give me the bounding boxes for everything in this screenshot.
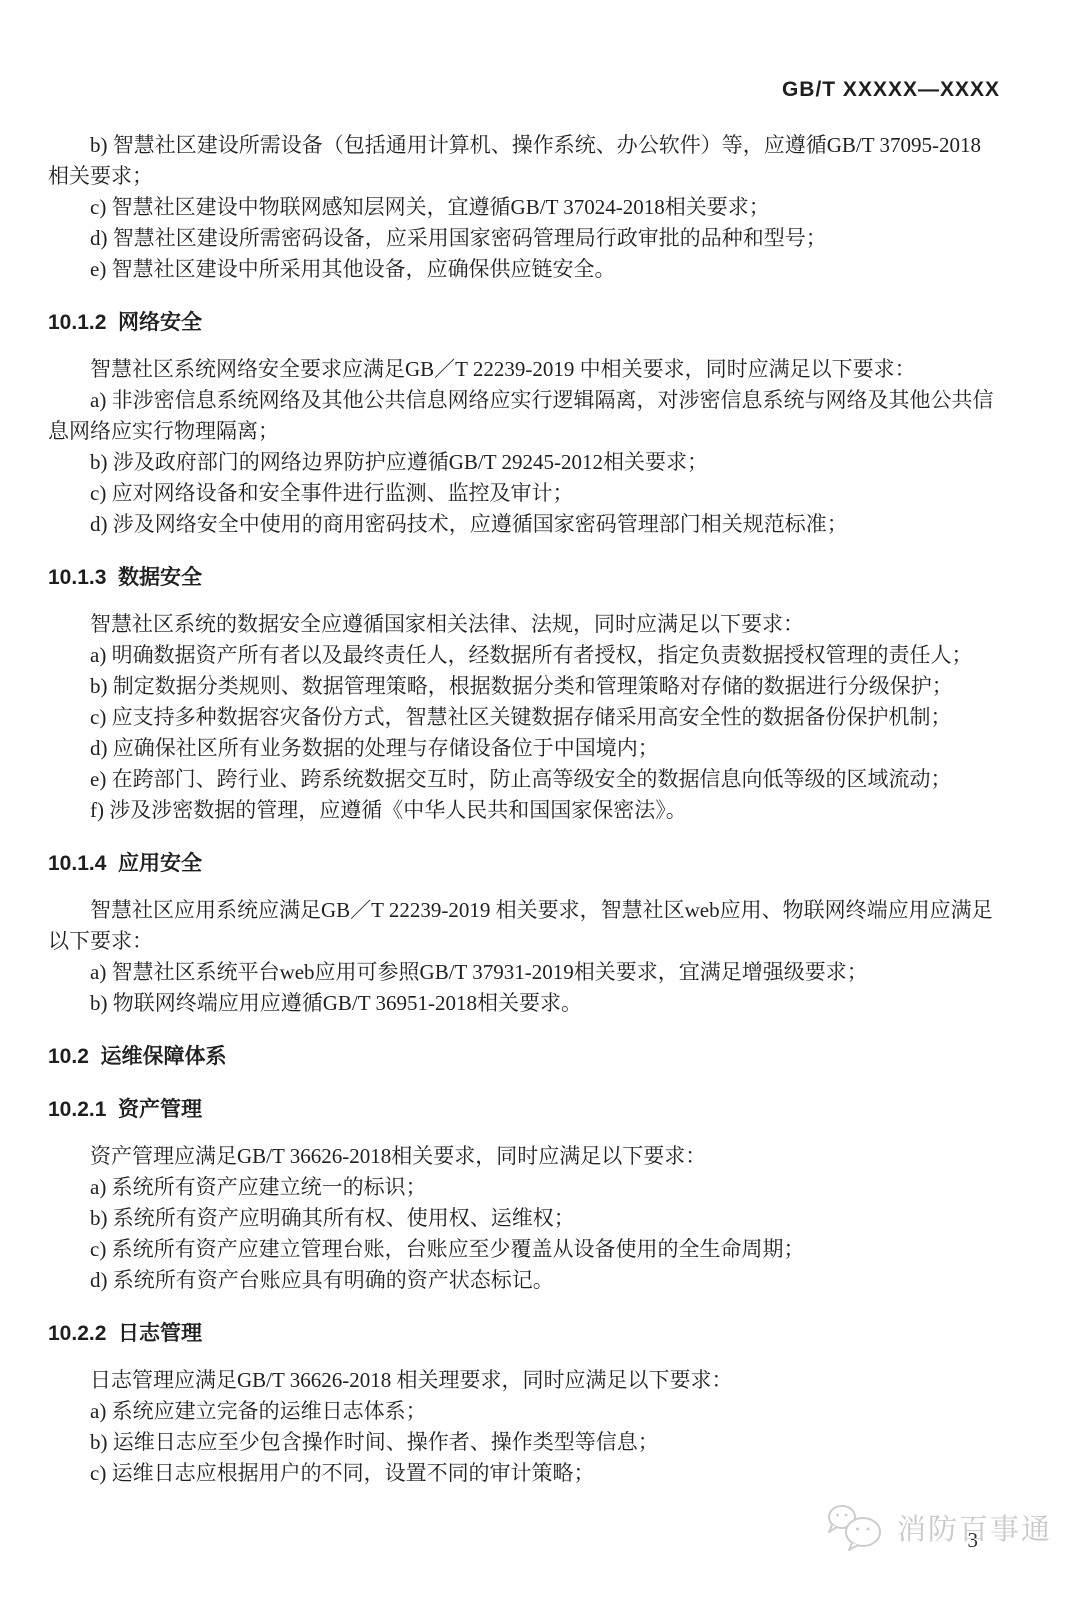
section-heading: 10.1.4 应用安全 xyxy=(48,848,1000,879)
clause-item: d) 应确保社区所有业务数据的处理与存储设备位于中国境内； xyxy=(48,733,1000,764)
clause-item: c) 智慧社区建设中物联网感知层网关，宜遵循GB/T 37024-2018相关要… xyxy=(48,192,1000,223)
section-heading: 10.1.3 数据安全 xyxy=(48,562,1000,593)
section-heading: 10.1.2 网络安全 xyxy=(48,307,1000,338)
paragraph: 日志管理应满足GB/T 36626-2018 相关理要求，同时应满足以下要求： xyxy=(48,1365,1000,1396)
clause-item: d) 系统所有资产台账应具有明确的资产状态标记。 xyxy=(48,1265,1000,1296)
paragraph: 智慧社区应用系统应满足GB／T 22239-2019 相关要求，智慧社区web应… xyxy=(48,895,1000,957)
clause-item: b) 智慧社区建设所需设备（包括通用计算机、操作系统、办公软件）等，应遵循GB/… xyxy=(48,130,1000,192)
paragraph: 资产管理应满足GB/T 36626-2018相关要求，同时应满足以下要求： xyxy=(48,1141,1000,1172)
section-heading: 10.2.2 日志管理 xyxy=(48,1318,1000,1349)
clause-item: a) 明确数据资产所有者以及最终责任人，经数据所有者授权，指定负责数据授权管理的… xyxy=(48,640,1000,671)
clause-item: d) 智慧社区建设所需密码设备，应采用国家密码管理局行政审批的品种和型号； xyxy=(48,223,1000,254)
watermark-label: 消防百事通 xyxy=(897,1507,1052,1548)
wechat-icon xyxy=(825,1502,887,1552)
paragraph: 智慧社区系统的数据安全应遵循国家相关法律、法规，同时应满足以下要求： xyxy=(48,609,1000,640)
section-heading: 10.2.1 资产管理 xyxy=(48,1094,1000,1125)
document-body: b) 智慧社区建设所需设备（包括通用计算机、操作系统、办公软件）等，应遵循GB/… xyxy=(0,130,1080,1489)
clause-item: c) 运维日志应根据用户的不同，设置不同的审计策略； xyxy=(48,1458,1000,1489)
clause-item: b) 涉及政府部门的网络边界防护应遵循GB/T 29245-2012相关要求； xyxy=(48,447,1000,478)
clause-item: c) 系统所有资产应建立管理台账，台账应至少覆盖从设备使用的全生命周期； xyxy=(48,1234,1000,1265)
clause-item: a) 非涉密信息系统网络及其他公共信息网络应实行逻辑隔离，对涉密信息系统与网络及… xyxy=(48,385,1000,447)
clause-item: b) 运维日志应至少包含操作时间、操作者、操作类型等信息； xyxy=(48,1427,1000,1458)
clause-item: c) 应支持多种数据容灾备份方式，智慧社区关键数据存储采用高安全性的数据备份保护… xyxy=(48,702,1000,733)
clause-item: a) 智慧社区系统平台web应用可参照GB/T 37931-2019相关要求，宜… xyxy=(48,957,1000,988)
clause-item: d) 涉及网络安全中使用的商用密码技术，应遵循国家密码管理部门相关规范标准； xyxy=(48,509,1000,540)
clause-item: f) 涉及涉密数据的管理，应遵循《中华人民共和国国家保密法》。 xyxy=(48,795,1000,826)
clause-item: e) 在跨部门、跨行业、跨系统数据交互时，防止高等级安全的数据信息向低等级的区域… xyxy=(48,764,1000,795)
clause-item: e) 智慧社区建设中所采用其他设备，应确保供应链安全。 xyxy=(48,254,1000,285)
clause-item: c) 应对网络设备和安全事件进行监测、监控及审计； xyxy=(48,478,1000,509)
clause-item: a) 系统所有资产应建立统一的标识； xyxy=(48,1172,1000,1203)
clause-item: b) 制定数据分类规则、数据管理策略，根据数据分类和管理策略对存储的数据进行分级… xyxy=(48,671,1000,702)
clause-item: b) 系统所有资产应明确其所有权、使用权、运维权； xyxy=(48,1203,1000,1234)
page-header: GB/T XXXXX—XXXX xyxy=(0,0,1080,102)
watermark: 消防百事通 xyxy=(825,1502,1052,1552)
clause-item: b) 物联网终端应用应遵循GB/T 36951-2018相关要求。 xyxy=(48,988,1000,1019)
section-heading: 10.2 运维保障体系 xyxy=(48,1041,1000,1072)
paragraph: 智慧社区系统网络安全要求应满足GB／T 22239-2019 中相关要求，同时应… xyxy=(48,354,1000,385)
standard-number: GB/T XXXXX—XXXX xyxy=(782,78,1000,101)
clause-item: a) 系统应建立完备的运维日志体系； xyxy=(48,1396,1000,1427)
